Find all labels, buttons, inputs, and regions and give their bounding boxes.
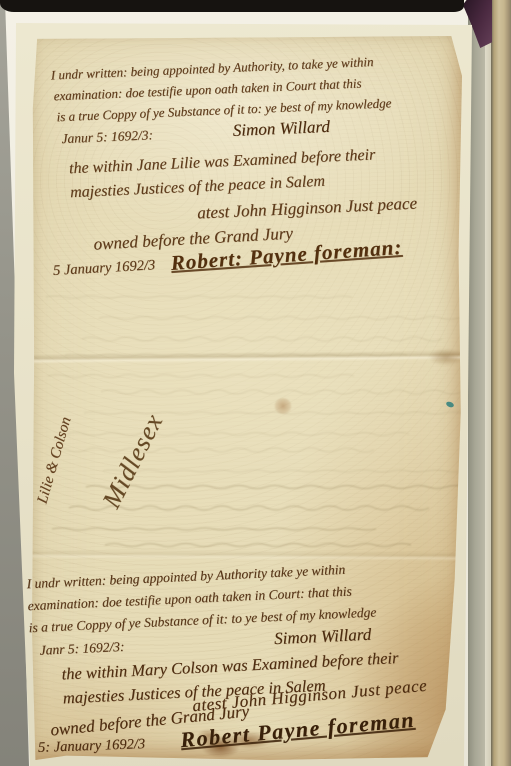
photo-top-edge: [0, 0, 464, 12]
book-pages-edge: [491, 0, 511, 766]
stain-spot: [274, 398, 292, 414]
simon-willard-signature: Simon Willard: [232, 116, 330, 141]
attestation-date: Janr 5: 1692/3:: [39, 636, 125, 662]
attestation-date: Janur 5: 1692/3:: [61, 124, 153, 149]
manuscript-photo: I undr written: being appointed by Autho…: [0, 0, 511, 766]
crease-stain: [428, 348, 464, 366]
simon-willard-signature: Simon Willard: [274, 624, 372, 650]
attestation-top: I undr written: being appointed by Autho…: [50, 48, 459, 150]
